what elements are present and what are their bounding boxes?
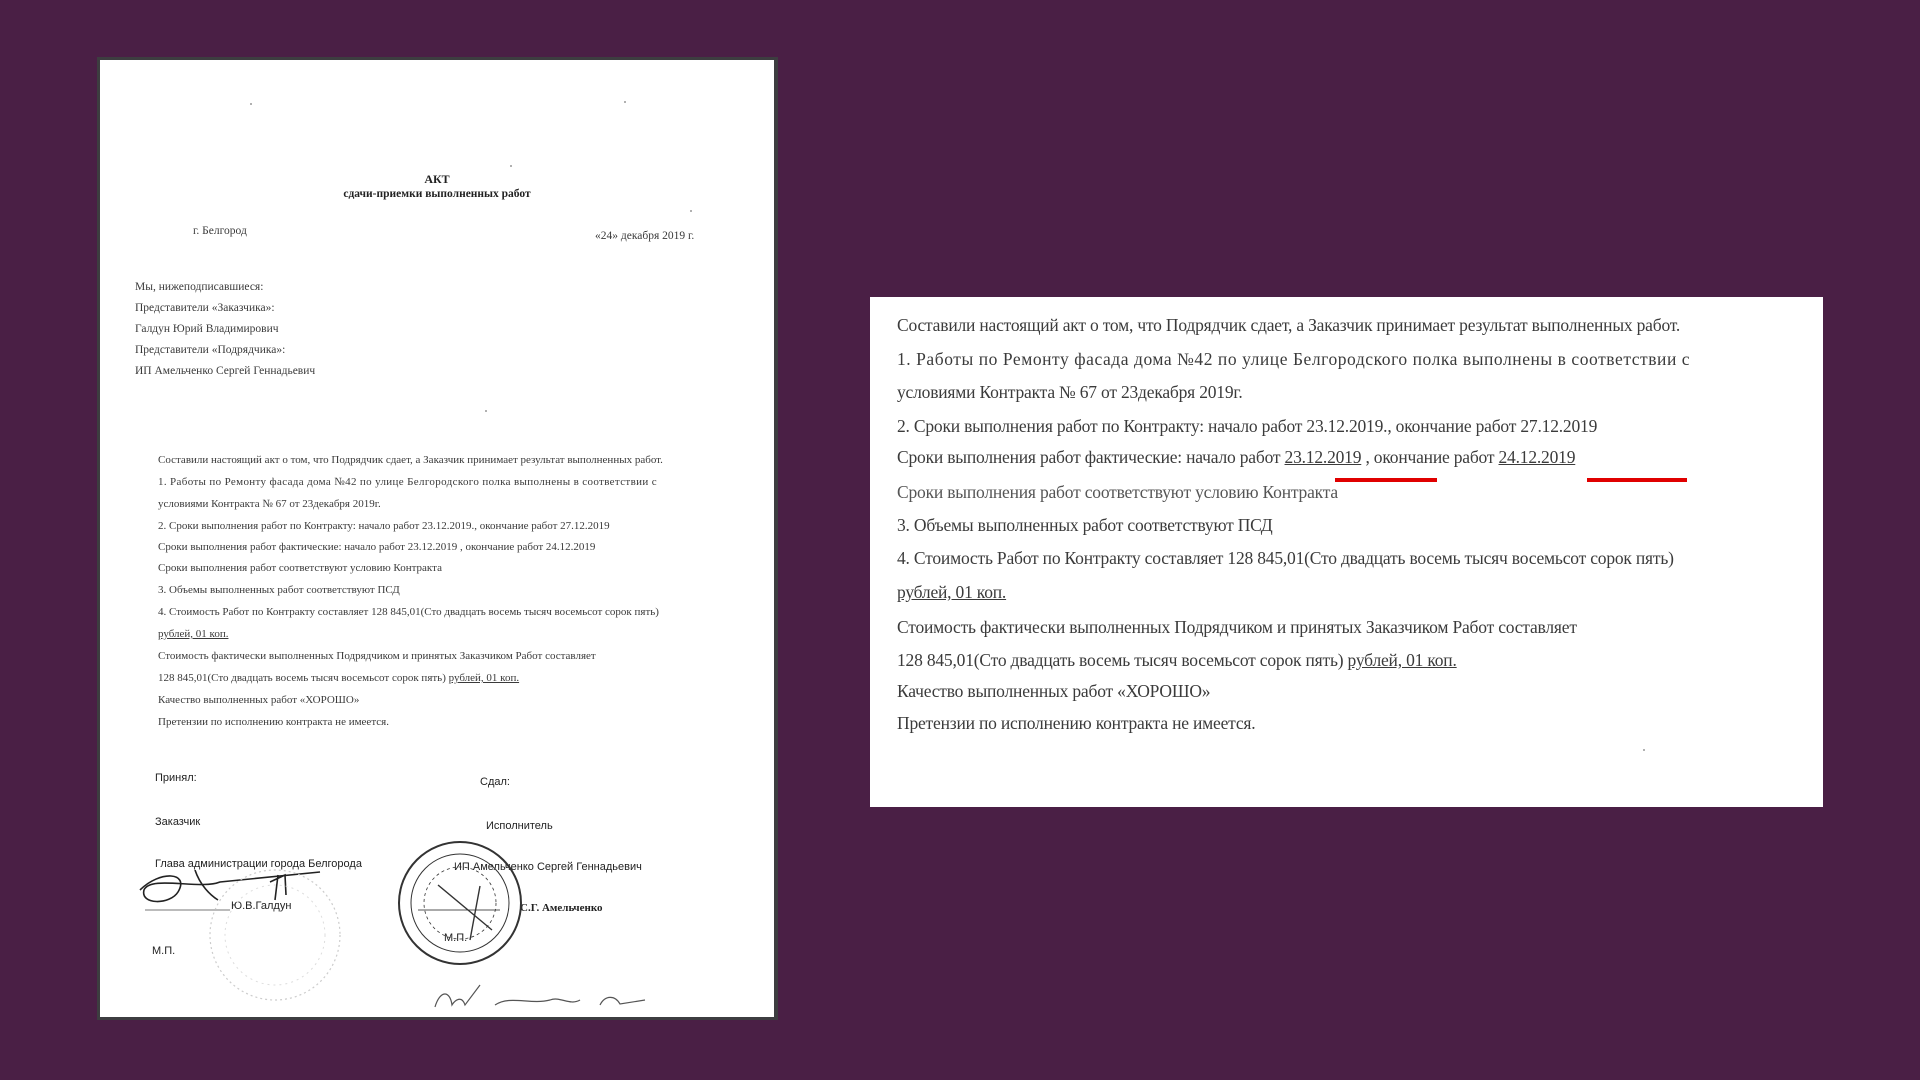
customer-signature-icon (140, 870, 320, 902)
excerpt-item3: 3. Объемы выполненных работ соответствую… (897, 515, 1273, 536)
excerpt-intro: Составили настоящий акт о том, что Подря… (897, 315, 1680, 336)
excerpt-item2: 2. Сроки выполнения работ по Контракту: … (897, 416, 1597, 437)
document-page: АКТ сдачи-приемки выполненных работ г. Б… (97, 57, 778, 1020)
actual-end-date: 24.12.2019 (1499, 447, 1576, 467)
contractor-stamp-icon (399, 842, 521, 964)
excerpt-compliance: Сроки выполнения работ соответствуют усл… (897, 482, 1338, 503)
excerpt-item4-cont: рублей, 01 коп. (897, 582, 1006, 603)
customer-stamp-icon (210, 870, 340, 1000)
document-excerpt-zoom: Составили настоящий акт о том, что Подря… (870, 297, 1823, 807)
excerpt-claims: Претензии по исполнению контракта не име… (897, 713, 1255, 734)
excerpt-item4: 4. Стоимость Работ по Контракту составля… (897, 548, 1674, 569)
excerpt-actual-dates: Сроки выполнения работ фактические: нача… (897, 447, 1575, 468)
excerpt-item1-cont: условиями Контракта № 67 от 23декабря 20… (897, 382, 1243, 403)
actual-start-date: 23.12.2019 (1285, 447, 1362, 467)
excerpt-quality: Качество выполненных работ «ХОРОШО» (897, 681, 1210, 702)
highlight-start-underline (1335, 478, 1437, 482)
signatures-and-stamps (100, 60, 781, 1023)
highlight-end-underline (1587, 478, 1687, 482)
excerpt-item1: 1. Работы по Ремонту фасада дома №42 по … (897, 349, 1690, 370)
excerpt-actual-cost-cont: 128 845,01(Сто двадцать восемь тысяч вос… (897, 650, 1457, 671)
contractor-signature-icon (435, 985, 645, 1007)
excerpt-actual-cost: Стоимость фактически выполненных Подрядч… (897, 617, 1577, 638)
